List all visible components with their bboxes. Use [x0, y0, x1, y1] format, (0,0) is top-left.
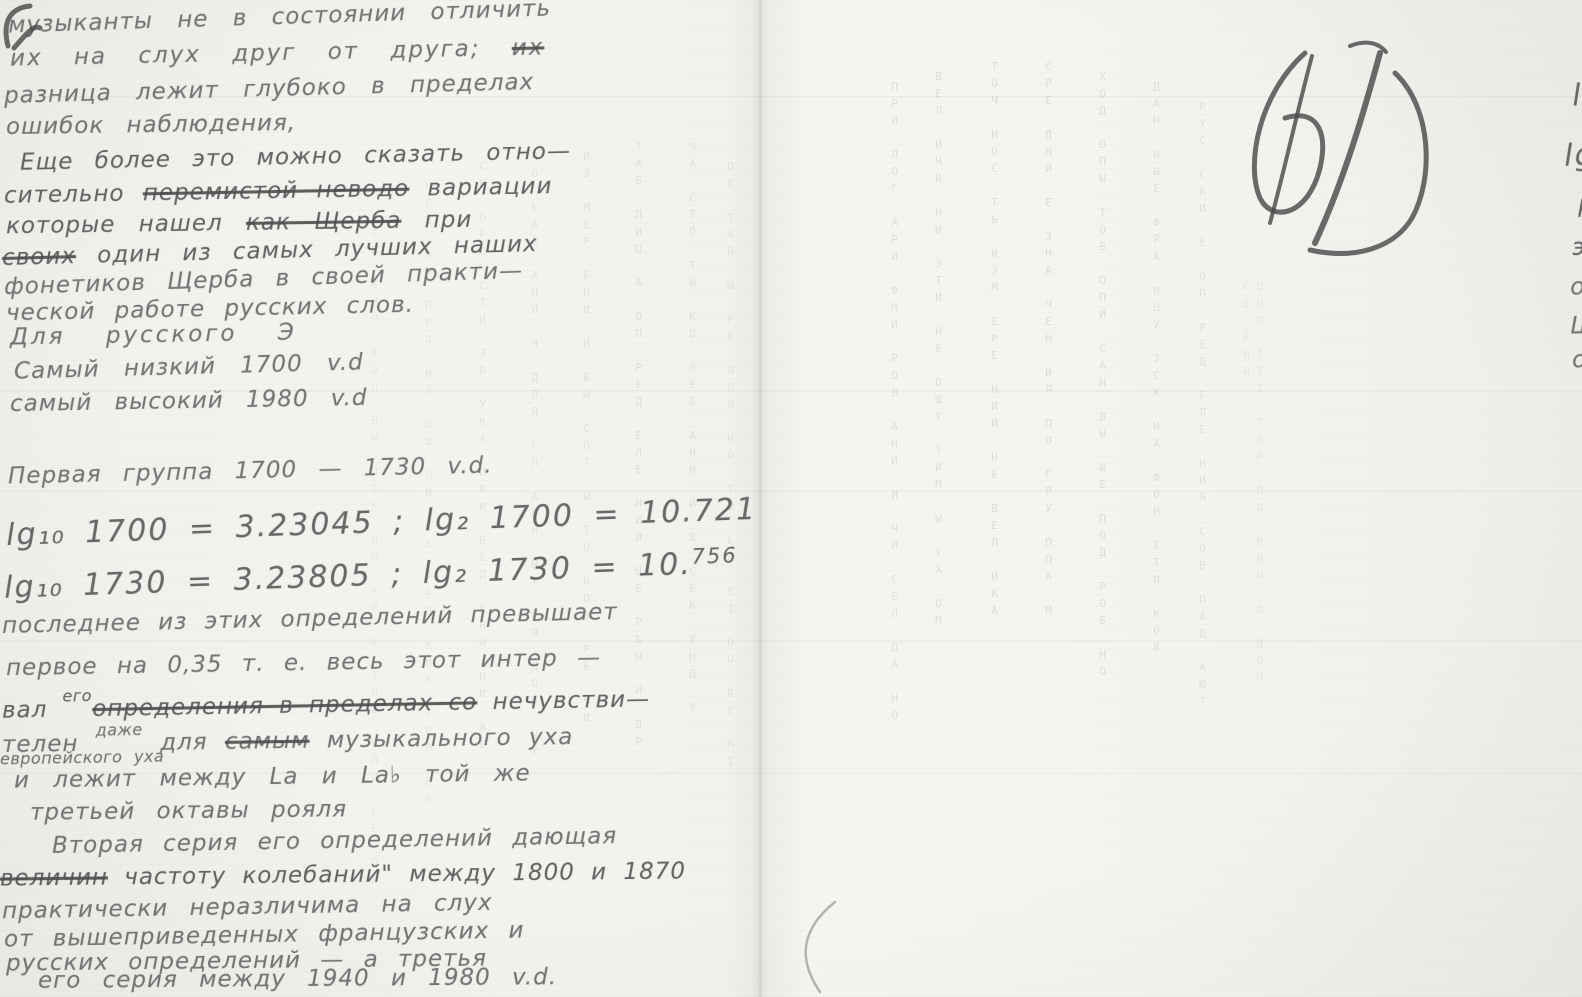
text-segment: ошибок наблюдения,: [6, 110, 296, 140]
handwritten-line: разница 0,029 окт. неощутимая ухом: [1578, 178, 1582, 218]
text-segment: самый высокий 1980 v.d: [10, 385, 368, 417]
handwritten-line: ошибок наблюдения,: [6, 110, 296, 140]
text-segment: при: [401, 207, 472, 234]
handwritten-line: первое на 0,35 т. е. весь этот интер —: [6, 645, 601, 681]
handwritten-line: музыканты не в состоянии отличить: [8, 0, 552, 39]
pencil-scribble: [1150, 38, 1440, 273]
text-segment: октавы. Таким образом определения: [1570, 259, 1582, 300]
formula-line: lg₁₀ 1700 = 3.23045 ; lg₂ 1700 = 10.721: [6, 492, 758, 553]
text-segment: Самый низкий 1700 v.d: [14, 349, 364, 384]
text-segment: это: [1572, 231, 1582, 261]
text-segment: lg₁₀ 1730 = 3.23805 ; lg₂ 1730 = 10.: [4, 547, 693, 606]
struck-text: определения в пределах со: [92, 689, 477, 722]
text-segment: последнее из этих определений превышает: [2, 599, 618, 639]
text-segment: Для русского Э: [10, 319, 297, 350]
text-segment: lg₁₀ 1700 = 3.23045 ; lg₂ 1700 = 10.721: [6, 492, 758, 553]
text-segment: lg₁₀ 1980 = 3.29667 ; lg₂ 1980 = 10.: [1564, 115, 1582, 174]
struck-text: величин: [0, 864, 108, 891]
handwritten-line: Самый низкий 1700 v.d: [14, 349, 364, 384]
handwritten-line: разница лежит глубоко в пределах: [4, 69, 535, 109]
handwritten-line: Еще более это можно сказать отно—: [20, 138, 571, 176]
handwritten-line: октавы рояля: [1572, 343, 1582, 374]
text-segment: которые нашел: [6, 210, 246, 239]
text-segment: нечувстви—: [477, 686, 650, 715]
handwritten-line: самый высокий 1980 v.d: [10, 385, 368, 417]
text-segment: сительно: [4, 180, 143, 208]
struck-text: как Щерба: [246, 208, 402, 236]
corner-mark: [0, 0, 42, 52]
text-segment: lg₁₀ 1940 =: [1572, 70, 1582, 114]
struck-text: самым: [225, 728, 310, 755]
inserted-word: его: [62, 686, 92, 706]
handwritten-line: Вторая серия его определений дающая: [52, 823, 618, 859]
text-segment: музыканты не в состоянии отличить: [8, 0, 552, 39]
text-segment: Еще более это можно сказать отно—: [20, 138, 571, 176]
text-segment: октавы рояля: [1572, 343, 1582, 374]
inserted-word: даже: [95, 720, 142, 740]
superscript-digits: 756: [691, 543, 738, 569]
pencil-curve-stroke: [790, 900, 860, 995]
struck-text: перемистой неводо: [143, 176, 410, 207]
text-segment: разница: [1578, 187, 1582, 218]
struck-text: своих: [2, 243, 76, 271]
handwritten-line: их на слух друг от друга; их: [10, 34, 545, 71]
text-segment: третьей октавы рояля: [30, 796, 347, 825]
formula-line: lg₁₀ 1730 = 3.23805 ; lg₂ 1730 = 10.756: [4, 545, 739, 606]
struck-text: их: [512, 34, 545, 61]
handwritten-line: последнее из этих определений превышает: [2, 599, 618, 639]
handwritten-line: величин частоту колебаний" между 1800 и …: [0, 858, 686, 891]
handwritten-line: его серия между 1940 и 1980 v.d.: [38, 964, 557, 994]
text-segment: музыкального уха: [309, 724, 573, 754]
text-segment: разница лежит глубоко в пределах: [4, 69, 535, 109]
handwritten-line: Для русского Э: [10, 319, 297, 350]
text-segment: первое на 0,35 т. е. весь этот интер —: [6, 645, 601, 681]
text-segment: частоту колебаний" между 1800 и 1870: [108, 858, 686, 890]
formula-line: lg₁₀ 1980 = 3.29667 ; lg₂ 1980 = 10.951: [1564, 113, 1582, 174]
handwritten-line: октавы. Таким образом определения: [1570, 259, 1582, 300]
formula-line: lg₁₀ 1940 = 3,28780 ; lg₂ 1940 = 10.92: [1572, 49, 1582, 113]
text-segment: Первая группа 1700 — 1730 v.d.: [8, 453, 493, 490]
text-segment: Щербы дают: La♭ – La – La# – Si перебег: [1570, 301, 1582, 340]
text-segment: их на слух друг от друга;: [10, 35, 512, 72]
handwritten-line: третьей октавы рояля: [30, 796, 347, 825]
text-segment: вариации: [409, 173, 553, 201]
text-segment: его серия между 1940 и 1980 v.d.: [38, 964, 557, 994]
left-page: музыканты не в состоянии отличить их на …: [0, 0, 758, 997]
text-segment: вал: [2, 697, 63, 724]
text-segment: Вторая серия его определений дающая: [52, 823, 618, 859]
handwritten-line: вал егоопределения в пределах со нечувст…: [2, 686, 650, 723]
handwritten-line: Первая группа 1700 — 1730 v.d.: [8, 453, 493, 490]
manuscript-scan: ОТВ ЕНИ ХОЛ ВЫ ДОК ИМ АР Е ТНО ВЛИ СЕ ОБ…: [0, 0, 1582, 997]
handwritten-line: Щербы дают: La♭ – La – La# – Si перебег: [1570, 301, 1582, 340]
handwritten-line: сительно перемистой неводо вариации: [4, 173, 553, 209]
handwritten-line: это очень близко к Si той же третьей: [1572, 215, 1582, 261]
